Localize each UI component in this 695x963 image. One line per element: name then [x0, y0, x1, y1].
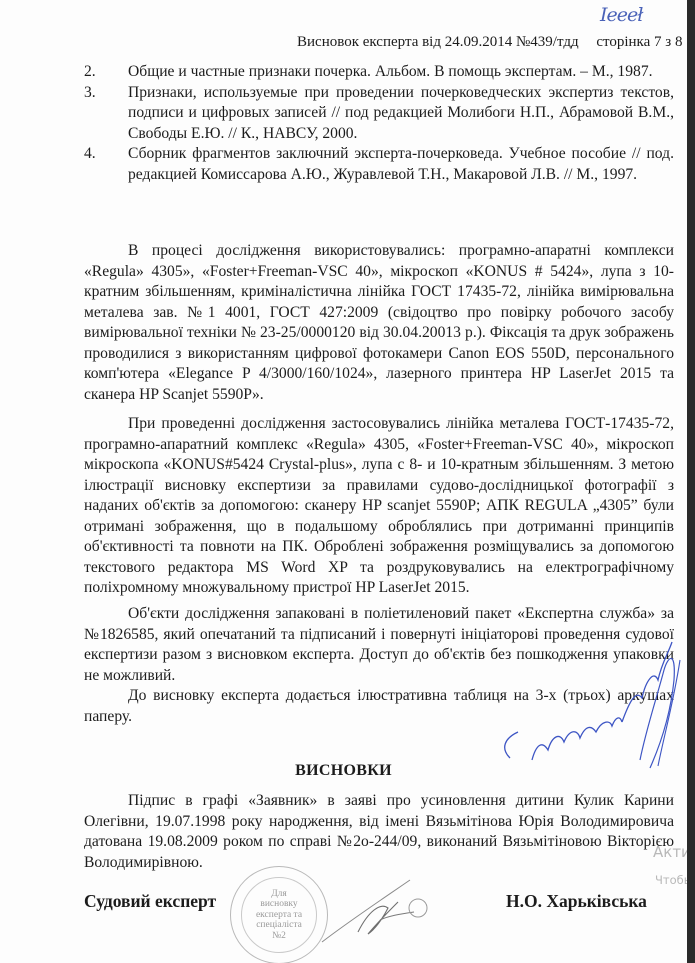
stamp-line: №2: [272, 931, 286, 942]
activation-watermark-title: Актива: [653, 843, 687, 861]
reference-item: 3. Признаки, используемые при проведении…: [84, 83, 674, 145]
activation-watermark-subtitle: Чтобы ак: [655, 873, 687, 887]
stamp-text: Для висновку експерта та спеціаліста №2: [241, 877, 317, 953]
expert-signature-icon: [318, 872, 438, 952]
expert-role: Судовий експерт: [84, 891, 216, 912]
reference-list: 2. Общие и частные признаки почерка. Аль…: [84, 62, 674, 185]
document-page: Ieeeł Висновок експерта від 24.09.2014 №…: [0, 0, 687, 963]
reference-number: 2.: [84, 62, 96, 83]
reference-number: 3.: [84, 83, 96, 104]
page-header: Висновок експерта від 24.09.2014 №439/тд…: [297, 34, 682, 51]
paragraph-text: При проведенні дослідження застосовували…: [84, 414, 674, 599]
stamp-line: висновку: [260, 899, 297, 910]
page-indicator: сторінка 7 з 8: [596, 34, 682, 50]
reference-item: 2. Общие и частные признаки почерка. Аль…: [84, 62, 674, 83]
paragraph-text: В процесі дослідження використовувались:…: [84, 241, 674, 405]
reference-number: 4.: [84, 144, 96, 165]
stamp-line: Для: [271, 889, 287, 900]
document-title: Висновок експерта від 24.09.2014 №439/тд…: [297, 34, 579, 50]
reference-item: 4. Сборник фрагментов заключний эксперта…: [84, 144, 674, 185]
paragraph-equipment: В процесі дослідження використовувались:…: [84, 241, 674, 405]
scan-edge-border: [687, 0, 695, 963]
conclusions-paragraph: Підпис в графі «Заявник» в заяві про уси…: [84, 791, 674, 873]
official-stamp: Для висновку експерта та спеціаліста №2: [230, 866, 328, 963]
expert-name: Н.О. Харьківська: [506, 891, 647, 912]
reference-text: Признаки, используемые при проведении по…: [128, 84, 674, 142]
paragraph-methods: При проведенні дослідження застосовували…: [84, 414, 674, 599]
stamp-line: експерта та: [256, 910, 302, 921]
handwritten-note-icon: [470, 640, 695, 770]
stamp-line: спеціаліста: [256, 920, 302, 931]
paragraph-text: Підпис в графі «Заявник» в заяві про уси…: [84, 791, 674, 873]
handwritten-initials: Ieeeł: [600, 4, 642, 26]
reference-text: Общие и частные признаки почерка. Альбом…: [128, 63, 653, 80]
reference-text: Сборник фрагментов заключний эксперта-по…: [128, 145, 674, 183]
